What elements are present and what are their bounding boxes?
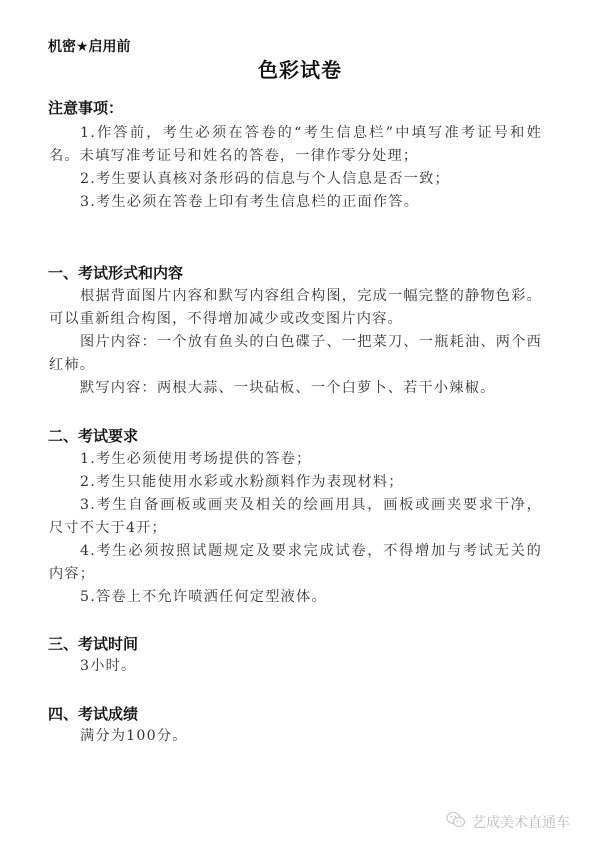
section-2-item: 4.考生必须按照试题规定及要求完成试卷，不得增加与考试无关的内容； [49,540,542,586]
section-4-heading: 四、考试成绩 [48,703,138,724]
confidential-label: 机密★启用前 [48,36,131,56]
section-1-paragraph: 默写内容：两根大蒜、一块砧板、一个白萝卜、若干小辣椒。 [49,377,542,400]
notice-item-2: 2.考生要认真核对条形码的信息与个人信息是否一致； [49,168,542,191]
section-2-heading: 二、考试要求 [48,425,138,446]
section-1-paragraph: 根据背面图片内容和默写内容组合构图，完成一幅完整的静物色彩。可以重新组合构图，不… [49,285,542,331]
page-title: 色彩试卷 [0,54,600,83]
watermark-text: 艺成美术直通车 [472,812,570,832]
section-3-heading: 三、考试时间 [48,633,138,654]
wechat-icon [446,811,466,833]
section-2-item: 5.答卷上不允许喷洒任何定型液体。 [49,586,542,609]
exam-duration: 3小时。 [80,655,136,678]
section-2-item: 1.考生必须使用考场提供的答卷； [49,448,542,471]
section-2-item: 3.考生自备画板或画夹及相关的绘画用具，画板或画夹要求干净，尺寸不大于4开； [49,494,542,540]
notice-item-1: 1.作答前，考生必须在答卷的“考生信息栏”中填写准考证号和姓名。未填写准考证号和… [49,122,542,168]
section-1-heading: 一、考试形式和内容 [48,262,183,283]
watermark: 艺成美术直通车 [446,811,570,833]
section-1-paragraph: 图片内容：一个放有鱼头的白色碟子、一把菜刀、一瓶耗油、两个西红柿。 [49,331,542,377]
notice-item-3: 3.考生必须在答卷上印有考生信息栏的正面作答。 [49,191,542,214]
notice-heading: 注意事项： [48,97,123,118]
full-score: 满分为100分。 [80,725,188,748]
section-2-item: 2.考生只能使用水彩或水粉颜料作为表现材料； [49,471,542,494]
